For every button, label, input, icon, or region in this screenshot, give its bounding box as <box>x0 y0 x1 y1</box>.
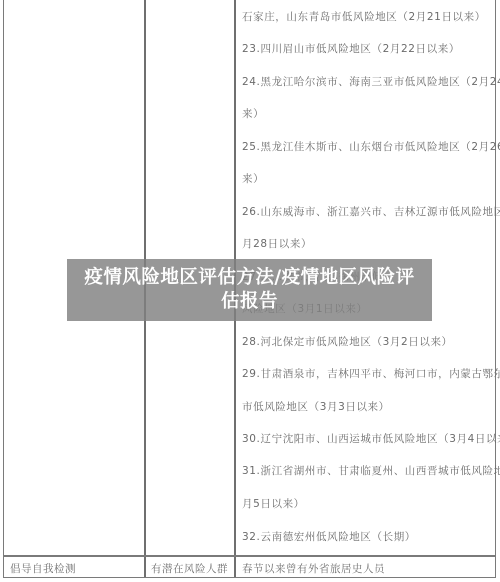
list-line: 月28日以来） <box>242 236 312 251</box>
article-title: 疫情风险地区评估方法/疫情地区风险评估报告 <box>80 266 420 314</box>
list-line: 来） <box>242 171 264 186</box>
list-line: 30.辽宁沈阳市、山西运城市低风险地区（3月4日以来） <box>242 431 500 446</box>
list-line: 市低风险地区（3月3日以来） <box>242 399 390 414</box>
cell-description: 春节以来曾有外省旅居史人员 <box>242 561 385 577</box>
title-overlay-banner: 疫情风险地区评估方法/疫情地区风险评估报告 <box>67 259 432 321</box>
list-line: 月5日以来） <box>242 496 305 511</box>
list-line: 29.甘肃酒泉市，吉林四平市、梅河口市，内蒙古鄂尔多斯 <box>242 366 500 381</box>
list-line: 28.河北保定市低风险地区（3月2日以来） <box>242 334 453 349</box>
list-line: 25.黑龙江佳木斯市、山东烟台市低风险地区（2月26日以 <box>242 139 500 154</box>
list-line: 31.浙江省湖州市、甘肃临夏州、山西晋城市低风险地区（3 <box>242 463 500 478</box>
cell-target-group: 有潜在风险人群 <box>151 561 228 577</box>
row-divider <box>4 555 495 557</box>
list-line: 石家庄，山东青岛市低风险地区（2月21日以来） <box>242 9 486 24</box>
list-line: 24.黑龙江哈尔滨市、海南三亚市低风险地区（2月24日以 <box>242 74 500 89</box>
list-line: 来） <box>242 106 264 121</box>
cell-measure: 倡导自我检测 <box>10 561 76 577</box>
list-line: 23.四川眉山市低风险地区（2月22日以来） <box>242 41 460 56</box>
list-line: 32.云南德宏州低风险地区（长期） <box>242 529 416 544</box>
list-line: 26.山东威海市、浙江嘉兴市、吉林辽源市低风险地区（2 <box>242 204 500 219</box>
